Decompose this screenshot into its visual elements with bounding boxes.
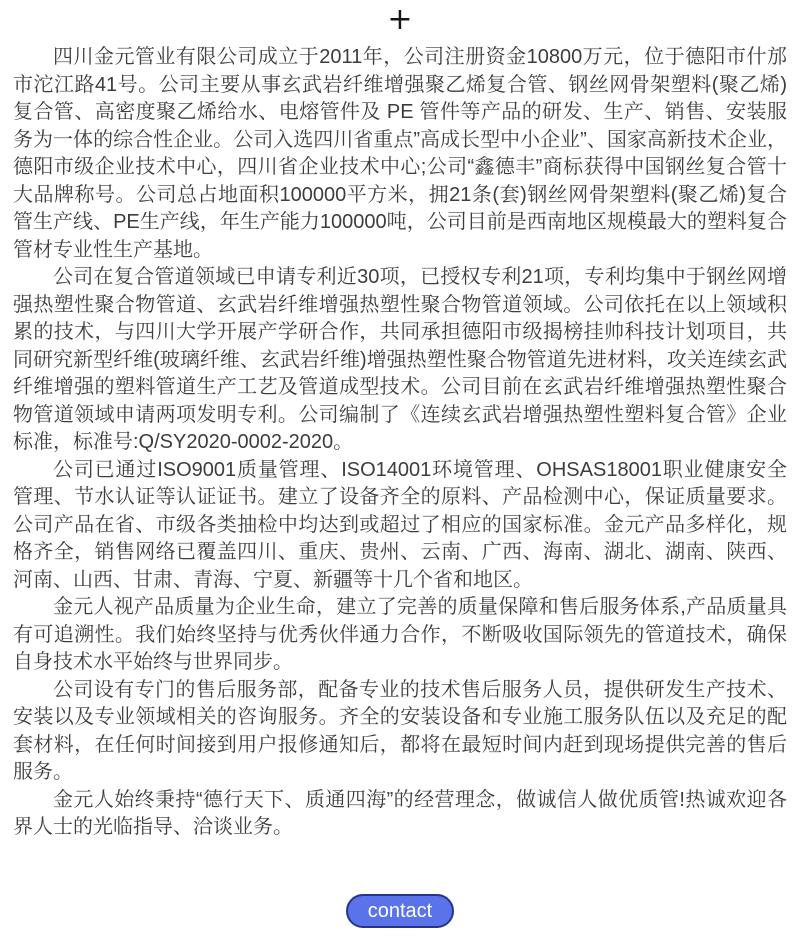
- company-profile-page: + 四川金元管业有限公司成立于2011年，公司注册资金10800万元，位于德阳市…: [0, 0, 800, 928]
- paragraph-after-sales-service: 公司设有专门的售后服务部，配备专业的技术售后服务人员，提供研发生产技术、安装以及…: [13, 677, 787, 787]
- paragraph-company-overview: 四川金元管业有限公司成立于2011年，公司注册资金10800万元，位于德阳市什邡…: [13, 44, 787, 264]
- paragraph-patents-rd: 公司在复合管道领域已申请专利近30项，已授权专利21项，专利均集中于钢丝网增强热…: [13, 264, 787, 457]
- plus-icon[interactable]: +: [387, 5, 412, 35]
- paragraph-quality-commitment: 金元人视产品质量为企业生命，建立了完善的质量保障和售后服务体系,产品质量具有可追…: [13, 594, 787, 677]
- header-bar: +: [0, 0, 800, 40]
- company-profile-article: 四川金元管业有限公司成立于2011年，公司注册资金10800万元，位于德阳市什邡…: [13, 44, 787, 842]
- contact-button[interactable]: contact: [346, 894, 454, 928]
- paragraph-business-philosophy: 金元人始终秉持“德行天下、质通四海”的经营理念，做诚信人做优质管!热诚欢迎各界人…: [13, 787, 787, 842]
- paragraph-certifications-market: 公司已通过ISO9001质量管理、ISO14001环境管理、OHSAS18001…: [13, 457, 787, 595]
- footer-bar: contact: [0, 894, 800, 928]
